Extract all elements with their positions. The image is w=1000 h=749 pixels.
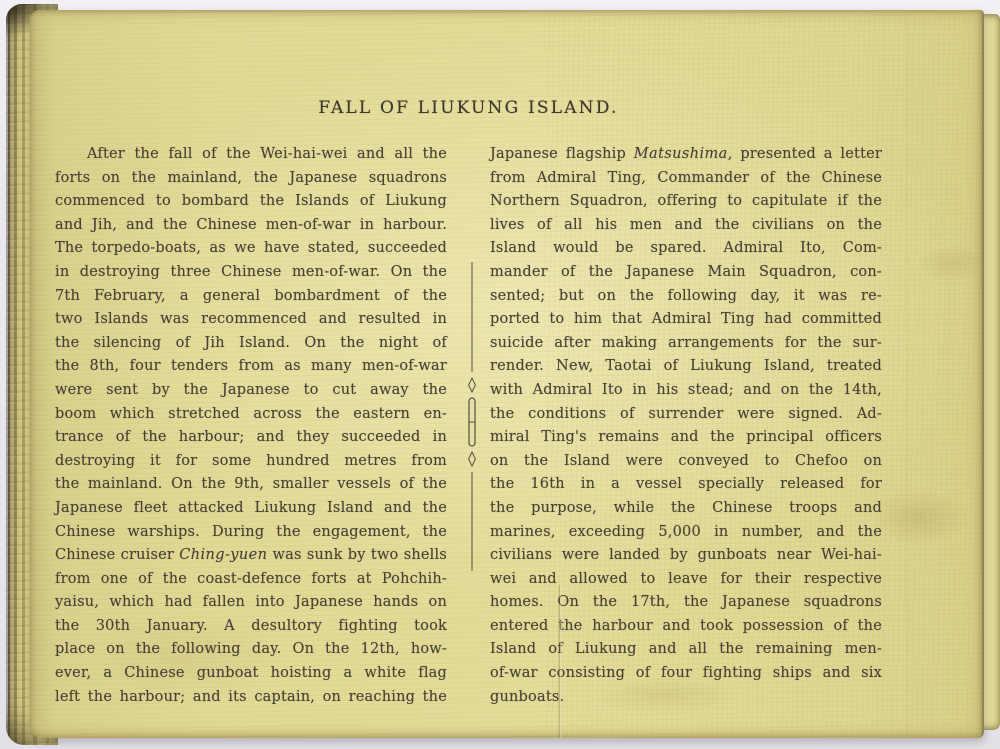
text-line: homes. On the 17th, the Japanese squadro…: [490, 591, 882, 615]
text-line: Chinese warships. During the engagement,…: [55, 521, 447, 545]
diamond-icon: [469, 452, 476, 466]
text-line: The torpedo-boats, as we have stated, su…: [55, 237, 447, 261]
text-line: lives of all his men and the civilians o…: [490, 214, 882, 238]
page-crease: [906, 10, 909, 738]
text-line: and Jih, and the Chinese men-of-war in h…: [55, 214, 447, 238]
text-line: Japanese fleet attacked Liukung Island a…: [55, 497, 447, 521]
text-line: two Islands was recommenced and resulted…: [55, 308, 447, 332]
column-divider-rule: [464, 262, 480, 572]
text-line: on the Island were conveyed to Chefoo on: [490, 450, 882, 474]
text-line: from one of the coast-defence forts at P…: [55, 568, 447, 592]
text-line: the purpose, while the Chinese troops an…: [490, 497, 882, 521]
text-line: After the fall of the Wei-hai-wei and al…: [55, 143, 447, 167]
text-line: civilians were landed by gunboats near W…: [490, 544, 882, 568]
text-line: Japanese flagship Matsushima, presented …: [490, 143, 882, 167]
text-line: Island of Liukung and all the remaining …: [490, 638, 882, 662]
text-line: with Admiral Ito in his stead; and on th…: [490, 379, 882, 403]
text-line: sented; but on the following day, it was…: [490, 285, 882, 309]
text-line: ported to him that Admiral Ting had comm…: [490, 308, 882, 332]
text-line: wei and allowed to leave for their respe…: [490, 568, 882, 592]
text-line: the conditions of surrender were signed.…: [490, 403, 882, 427]
paper-stain: [870, 490, 970, 545]
text-line: Island would be spared. Admiral Ito, Com…: [490, 237, 882, 261]
text-line: mander of the Japanese Main Squadron, co…: [490, 261, 882, 285]
book-page: FALL OF LIUKUNG ISLAND. After the fall o…: [30, 10, 984, 738]
text-line: Northern Squadron, offering to capitulat…: [490, 190, 882, 214]
page-title: FALL OF LIUKUNG ISLAND.: [55, 98, 882, 118]
text-line: from Admiral Ting, Commander of the Chin…: [490, 167, 882, 191]
column-divider: [464, 262, 480, 572]
text-line: were sent by the Japanese to cut away th…: [55, 379, 447, 403]
text-line: forts on the mainland, the Japanese squa…: [55, 167, 447, 191]
text-line: trance of the harbour; and they succeede…: [55, 426, 447, 450]
text-line: render. New, Taotai of Liukung Island, t…: [490, 355, 882, 379]
text-line: left the harbour; and its captain, on re…: [55, 686, 447, 710]
text-line: place on the following day. On the 12th,…: [55, 638, 447, 662]
text-line: in destroying three Chinese men-of-war. …: [55, 261, 447, 285]
text-line: 7th February, a general bombardment of t…: [55, 285, 447, 309]
text-line: the 30th January. A desultory fighting t…: [55, 615, 447, 639]
paper-stain: [918, 245, 988, 281]
text-line: destroying it for some hundred metres fr…: [55, 450, 447, 474]
text-line: marines, exceeding 5,000 in number, and …: [490, 521, 882, 545]
text-line: the silencing of Jih Island. On the nigh…: [55, 332, 447, 356]
left-column: After the fall of the Wei-hai-wei and al…: [55, 143, 447, 709]
text-line: commenced to bombard the Islands of Liuk…: [55, 190, 447, 214]
text-line: ever, a Chinese gunboat hoisting a white…: [55, 662, 447, 686]
right-column: Japanese flagship Matsushima, presented …: [490, 143, 882, 709]
text-line: boom which stretched across the eastern …: [55, 403, 447, 427]
text-line: entered the harbour and took possession …: [490, 615, 882, 639]
text-line: suicide after making arrangements for th…: [490, 332, 882, 356]
text-line: the 8th, four tenders from as many men-o…: [55, 355, 447, 379]
text-line: yaisu, which had fallen into Japanese ha…: [55, 591, 447, 615]
text-line: Chinese cruiser Ching-yuen was sunk by t…: [55, 544, 447, 568]
text-line: the 16th in a vessel specially released …: [490, 473, 882, 497]
diamond-icon: [469, 378, 476, 392]
text-line: of-war consisting of four fighting ships…: [490, 662, 882, 686]
book-photograph: FALL OF LIUKUNG ISLAND. After the fall o…: [0, 0, 1000, 749]
text-line: gunboats.: [490, 686, 882, 710]
text-line: miral Ting's remains and the principal o…: [490, 426, 882, 450]
text-line: the mainland. On the 9th, smaller vessel…: [55, 473, 447, 497]
